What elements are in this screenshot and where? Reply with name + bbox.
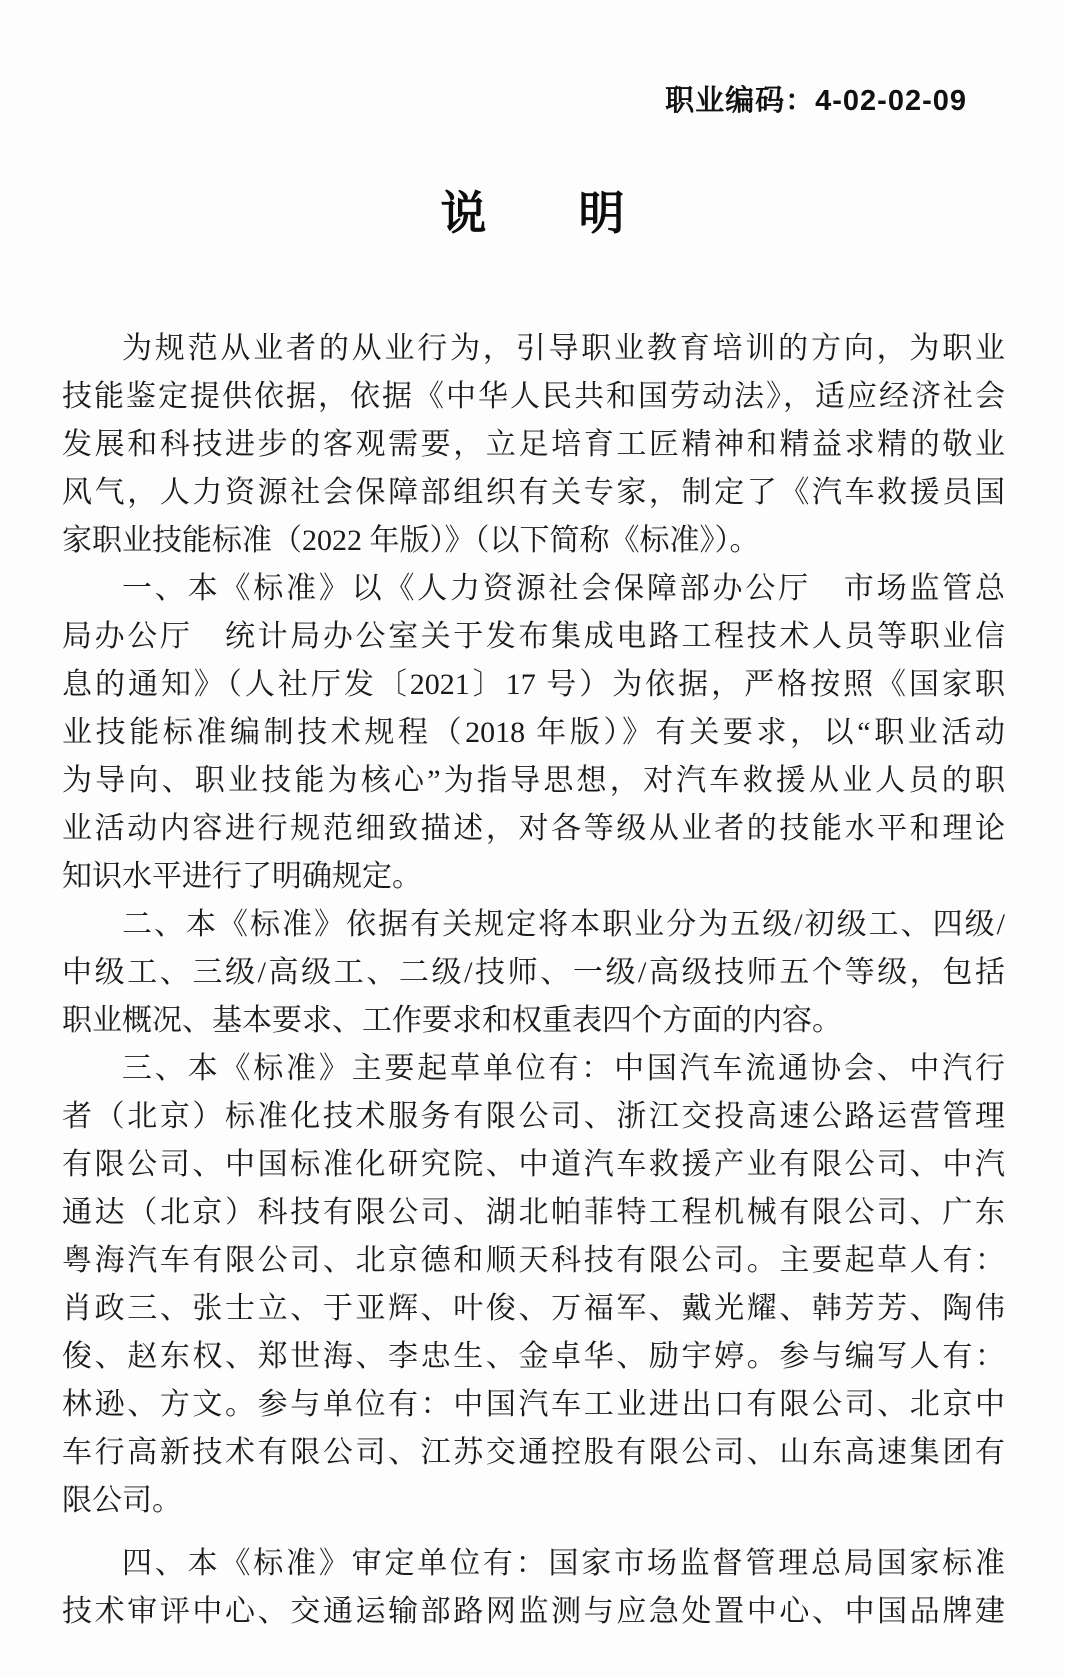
paragraph-item-3: 三、本《标准》主要起草单位有：中国汽车流通协会、中汽行 者（北京）标准化技术服务… bbox=[62, 1045, 1005, 1525]
text-line: 通达（北京）科技有限公司、湖北帕菲特工程机械有限公司、广东 bbox=[62, 1189, 1005, 1237]
paragraph-item-2: 二、本《标准》依据有关规定将本职业分为五级/初级工、四级/ 中级工、三级/高级工… bbox=[62, 901, 1005, 1045]
text-line: 限公司。 bbox=[62, 1477, 1005, 1525]
paragraph-item-4: 四、本《标准》审定单位有：国家市场监督管理总局国家标准 技术审评中心、交通运输部… bbox=[62, 1540, 1005, 1636]
text-line: 家职业技能标准（2022 年版）》（以下简称《标准》）。 bbox=[62, 517, 1005, 565]
text-line: 职业概况、基本要求、工作要求和权重表四个方面的内容。 bbox=[62, 997, 1005, 1045]
text-line: 息的通知》（人社厅发〔2021〕17 号）为依据，严格按照《国家职 bbox=[62, 661, 1005, 709]
text-line: 四、本《标准》审定单位有：国家市场监督管理总局国家标准 bbox=[62, 1540, 1005, 1588]
text-line: 二、本《标准》依据有关规定将本职业分为五级/初级工、四级/ bbox=[62, 901, 1005, 949]
text-line: 技能鉴定提供依据，依据《中华人民共和国劳动法》，适应经济社会 bbox=[62, 373, 1005, 421]
text-line: 局办公厅 统计局办公室关于发布集成电路工程技术人员等职业信 bbox=[62, 613, 1005, 661]
text-line: 肖政三、张士立、于亚辉、叶俊、万福军、戴光耀、韩芳芳、陶伟 bbox=[62, 1285, 1005, 1333]
text-line: 俊、赵东权、郑世海、李忠生、金卓华、励宇婷。参与编写人有： bbox=[62, 1333, 1005, 1381]
text-line: 三、本《标准》主要起草单位有：中国汽车流通协会、中汽行 bbox=[62, 1045, 1005, 1093]
occupation-code: 职业编码：4-02-02-09 bbox=[0, 0, 1065, 119]
text-line: 粤海汽车有限公司、北京德和顺天科技有限公司。主要起草人有： bbox=[62, 1237, 1005, 1285]
text-line: 业活动内容进行规范细致描述，对各等级从业者的技能水平和理论 bbox=[62, 805, 1005, 853]
text-line: 为规范从业者的从业行为，引导职业教育培训的方向，为职业 bbox=[62, 325, 1005, 373]
text-line: 为导向、职业技能为核心”为指导思想，对汽车救援从业人员的职 bbox=[62, 757, 1005, 805]
text-line: 技术审评中心、交通运输部路网监测与应急处置中心、中国品牌建 bbox=[62, 1588, 1005, 1636]
page-title: 说 明 bbox=[0, 177, 1065, 243]
text-line: 车行高新技术有限公司、江苏交通控股有限公司、山东高速集团有 bbox=[62, 1429, 1005, 1477]
text-line: 林逊、方文。参与单位有：中国汽车工业进出口有限公司、北京中 bbox=[62, 1381, 1005, 1429]
text-line: 风气，人力资源社会保障部组织有关专家，制定了《汽车救援员国 bbox=[62, 469, 1005, 517]
text-line: 一、本《标准》以《人力资源社会保障部办公厅 市场监管总 bbox=[62, 565, 1005, 613]
text-line: 者（北京）标准化技术服务有限公司、浙江交投高速公路运营管理 bbox=[62, 1093, 1005, 1141]
text-line: 知识水平进行了明确规定。 bbox=[62, 853, 1005, 901]
text-line: 有限公司、中国标准化研究院、中道汽车救援产业有限公司、中汽 bbox=[62, 1141, 1005, 1189]
text-line: 业技能标准编制技术规程（2018 年版）》有关要求，以“职业活动 bbox=[62, 709, 1005, 757]
paragraph-intro: 为规范从业者的从业行为，引导职业教育培训的方向，为职业 技能鉴定提供依据，依据《… bbox=[62, 325, 1005, 565]
text-line: 发展和科技进步的客观需要，立足培育工匠精神和精益求精的敬业 bbox=[62, 421, 1005, 469]
document-page: 职业编码：4-02-02-09 说 明 为规范从业者的从业行为，引导职业教育培训… bbox=[0, 0, 1065, 1677]
document-body: 为规范从业者的从业行为，引导职业教育培训的方向，为职业 技能鉴定提供依据，依据《… bbox=[62, 325, 1005, 1636]
paragraph-item-1: 一、本《标准》以《人力资源社会保障部办公厅 市场监管总 局办公厅 统计局办公室关… bbox=[62, 565, 1005, 901]
text-line: 中级工、三级/高级工、二级/技师、一级/高级技师五个等级，包括 bbox=[62, 949, 1005, 997]
